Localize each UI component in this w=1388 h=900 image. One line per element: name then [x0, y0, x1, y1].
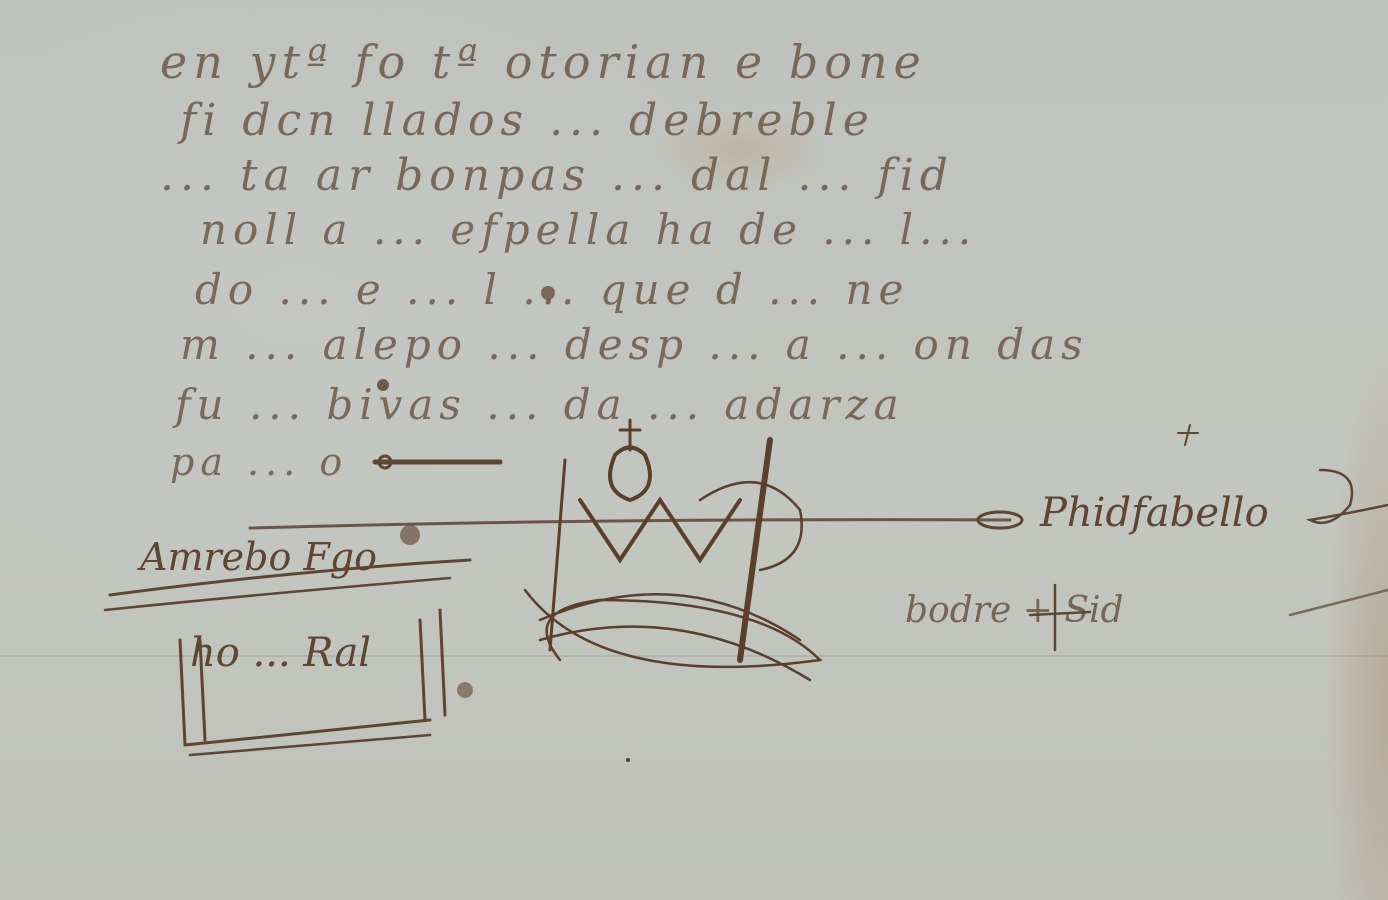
cross-icon	[1178, 425, 1198, 445]
ink-strokes	[0, 0, 1388, 900]
notarial-sign-icon	[525, 420, 820, 680]
manuscript-page: en ytª fo tª otorian e bone fi dcn llado…	[0, 0, 1388, 900]
